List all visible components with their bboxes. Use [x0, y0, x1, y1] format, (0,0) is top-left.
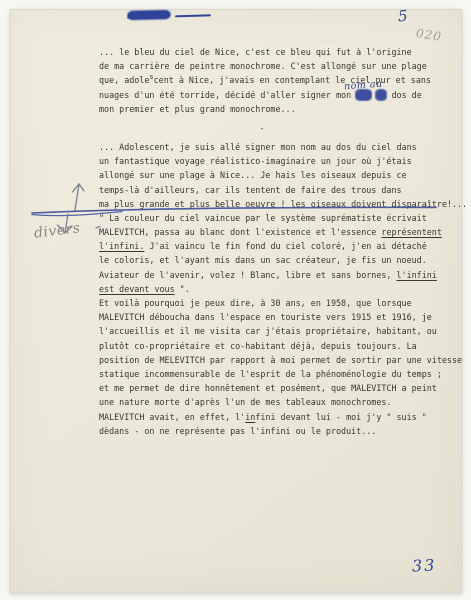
typescript-line: que, adolescent à Nice, j'avais en conte…: [99, 73, 467, 87]
handwritten-page-number-top: 5: [397, 7, 408, 26]
typescript-line: un fantastique voyage réalistico-imagina…: [99, 154, 467, 168]
typescript-segment: -: [259, 123, 264, 133]
typescript-line: Aviateur de l'avenir, volez ! Blanc, lib…: [99, 268, 467, 282]
typescript-line: dèdans - on ne représente pas l'infini o…: [99, 424, 467, 438]
typescript-segment: que, adole: [99, 75, 149, 85]
typescript-segment: statique incommensurable de l'esprit de …: [99, 369, 442, 379]
typescript-segment: ".: [175, 284, 190, 294]
margin-underline-ink-line: [32, 207, 436, 213]
typescript-line: est devant vous ".: [99, 282, 467, 296]
typescript-segment: l'infini: [397, 270, 437, 280]
margin-annotation-marks: [26, 176, 446, 252]
typescript-line: plutôt co-propriétaire et co-habitant dé…: [99, 339, 467, 353]
typescript-segment: un fantastique voyage réalistico-imagina…: [99, 156, 412, 166]
typescript-segment: est devant vous: [99, 284, 175, 294]
typescript-segment: de ma carrière de peintre monochrome. C'…: [99, 61, 427, 71]
typescript-line: de ma carrière de peintre monochrome. C'…: [99, 59, 467, 73]
up-arrow-icon: [73, 184, 85, 210]
typescript-line: l'accueillis et il me visita car j'étais…: [99, 324, 467, 338]
handwritten-page-number-bottom: 33: [412, 555, 437, 575]
typescript-segment: dèdans - on ne représente pas l'infini o…: [99, 426, 376, 436]
typescript-segment: une nature morte d'après l'un de mes tab…: [99, 397, 391, 407]
typescript-line: ... Adolescent, je suis allé signer mon …: [99, 140, 467, 154]
typescript-segment: fini devant lui - moi j'y " suis ": [255, 412, 426, 422]
typescript-segment: position de MELEVITCH par rapport à moi …: [99, 355, 462, 365]
typescript-line: MALEVITCH avait, en effet, l'infini deva…: [99, 410, 467, 424]
typescript-segment: le coloris, et l'ayant mis dans un sac c…: [99, 255, 427, 265]
typescript-line: une nature morte d'après l'un de mes tab…: [99, 395, 467, 409]
typescript-segment: cent à Nice, j'avais en contemplant le c…: [154, 75, 431, 85]
typescript-segment: Aviateur de l'avenir, volez ! Blanc, lib…: [99, 270, 397, 280]
paragraph-separator-dash: -: [99, 116, 425, 140]
typescript-line: et me permet de dire honnêtement et posé…: [99, 381, 467, 395]
typescript-line: statique incommensurable de l'esprit de …: [99, 367, 467, 381]
ink-scribbled-out-header: [128, 10, 170, 19]
typescript-line: le coloris, et l'ayant mis dans un sac c…: [99, 253, 467, 267]
typescript-segment: mon premier et plus grand monochrome...: [99, 104, 296, 114]
typescript-segment: plutôt co-propriétaire et co-habitant dé…: [99, 341, 417, 351]
typescript-segment: et me permet de dire honnêtement et posé…: [99, 383, 437, 393]
typescript-line: mon premier et plus grand monochrome...: [99, 102, 467, 116]
typescript-segment: dos de: [386, 90, 421, 100]
typescript-segment: nuages d'un été torride, décidé d'aller …: [99, 90, 356, 100]
typescript-line: MALEVITCH déboucha dans l'espace en tour…: [99, 310, 467, 324]
typescript-segment: Et voilà pourquoi je peux dire, à 30 ans…: [99, 298, 412, 308]
typescript-segment: in: [245, 412, 255, 422]
typescript-line: nuages d'un été torride, décidé d'aller …: [99, 88, 467, 102]
typescript-line: ... le bleu du ciel de Nice, c'est ce bl…: [99, 45, 467, 59]
typescript-line: Et voilà pourquoi je peux dire, à 30 ans…: [99, 296, 467, 310]
typescript-segment: ... Adolescent, je suis allé signer mon …: [99, 142, 417, 152]
typescript-segment: MALEVITCH déboucha dans l'espace en tour…: [99, 312, 432, 322]
ink-scribble-strikeout: au: [376, 90, 386, 100]
typescript-segment: l'accueillis et il me visita car j'étais…: [99, 326, 437, 336]
typescript-segment: s: [149, 73, 153, 81]
typescript-segment: ... le bleu du ciel de Nice, c'est ce bl…: [99, 47, 412, 57]
typescript-line: position de MELEVITCH par rapport à moi …: [99, 353, 467, 367]
scanned-document-page: { "page": { "paper_color": "#ece8da", "i…: [0, 0, 471, 600]
typescript-segment: MALEVITCH avait, en effet, l': [99, 412, 245, 422]
down-arrow-icon: [58, 214, 101, 233]
